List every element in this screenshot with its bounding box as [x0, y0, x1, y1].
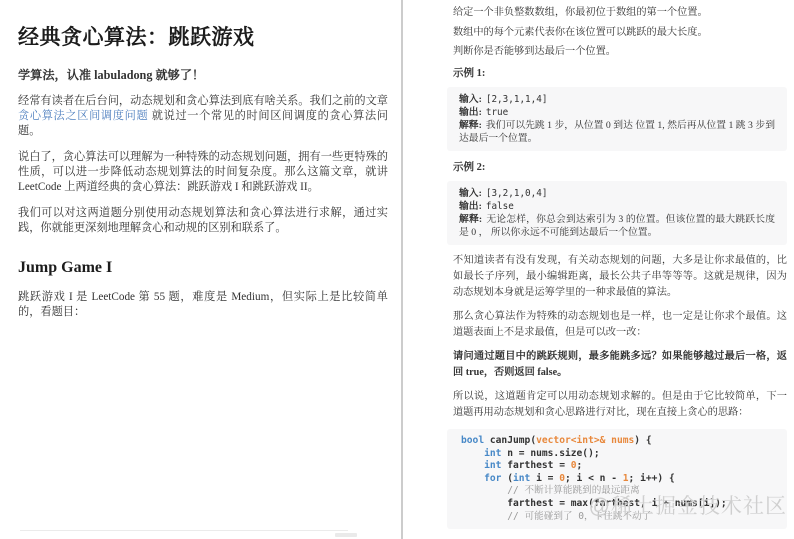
footer-mark [335, 533, 357, 537]
link-interval-scheduling[interactable]: 贪心算法之区间调度问题 [18, 110, 148, 122]
output-value: true [486, 107, 508, 118]
example-1-block: 输入:[2,3,1,1,4] 输出:true 解释:我们可以先跳 1 步，从位置… [447, 87, 787, 151]
cpp-code-block: bool canJump(vector<int>& nums) { int n … [447, 429, 787, 529]
input-value: [3,2,1,0,4] [486, 188, 548, 199]
input-value: [2,3,1,1,4] [486, 94, 548, 105]
problem-desc-3: 判断你是否能够到达最后一个位置。 [453, 45, 787, 59]
output-label: 输出: [459, 107, 482, 118]
para-intro-relation: 经常有读者在后台问，动态规划和贪心算法到底有啥关系。我们之前的文章 贪心算法之区… [18, 94, 388, 139]
para-greedy-max-value: 那么贪心算法作为特殊的动态规划也是一样，也一定是让你求个最值。这道题表面上不是求… [453, 309, 787, 341]
document-page: 经典贪心算法：跳跃游戏 学算法，认准 labuladong 就够了！ 经常有读者… [0, 0, 794, 539]
code-line: bool canJump(vector<int>& nums) { [461, 435, 781, 448]
para-text-before-link: 经常有读者在后台问，动态规划和贪心算法到底有啥关系。我们之前的文章 [18, 95, 388, 107]
explain-value: 我们可以先跳 1 步，从位置 0 到达 位置 1, 然后再从位置 1 跳 3 步… [459, 120, 775, 144]
example-1-label: 示例 1: [453, 67, 787, 81]
example-2-label: 示例 2: [453, 161, 787, 175]
problem-desc-2: 数组中的每个元素代表你在该位置可以跳跃的最大长度。 [453, 26, 787, 40]
example-2-block: 输入:[3,2,1,0,4] 输出:false 解释:无论怎样，你总会到达索引为… [447, 181, 787, 245]
para-two-problems: 我们可以对这两道题分别使用动态规划算法和贪心算法进行求解，通过实践，你就能更深刻… [18, 206, 388, 236]
example-2-explain: 解释:无论怎样，你总会到达索引为 3 的位置。但该位置的最大跳跃长度是 0 ， … [459, 213, 775, 239]
code-line: // 不断计算能跳到的最远距离 [461, 485, 781, 498]
slogan-line: 学算法，认准 labuladong 就够了！ [18, 68, 388, 83]
problem-desc-1: 给定一个非负整数数组，你最初位于数组的第一个位置。 [453, 6, 787, 20]
output-value: false [486, 201, 514, 212]
code-line: int n = nums.size(); [461, 448, 781, 461]
example-2-input: 输入:[3,2,1,0,4] [459, 187, 775, 200]
left-page: 经典贪心算法：跳跃游戏 学算法，认准 labuladong 就够了！ 经常有读者… [0, 0, 402, 539]
code-line: // 可能碰到了 0，卡住跳不动了 [461, 511, 781, 524]
para-question-bold: 请问通过题目中的跳跃规则，最多能跳多远？如果能够越过最后一格，返回 true，否… [453, 349, 787, 381]
section-heading-jump-game-1: Jump Game I [18, 258, 388, 278]
code-line: for (int i = 0; i < n - 1; i++) { [461, 473, 781, 486]
footer-divider [20, 530, 348, 531]
para-dp-max-value: 不知道读者有没有发现，有关动态规划的问题，大多是让你求最值的，比如最长子序列，最… [453, 253, 787, 301]
input-label: 输入: [459, 94, 482, 105]
example-2-output: 输出:false [459, 200, 775, 213]
explain-label: 解释: [459, 120, 482, 131]
para-greedy-special: 说白了，贪心算法可以理解为一种特殊的动态规划问题，拥有一些更特殊的性质，可以进一… [18, 150, 388, 195]
para-problem-55: 跳跃游戏 I 是 LeetCode 第 55 题，难度是 Medium，但实际上… [18, 290, 388, 320]
right-page: 给定一个非负整数数组，你最初位于数组的第一个位置。 数组中的每个元素代表你在该位… [403, 0, 794, 539]
article-title: 经典贪心算法：跳跃游戏 [18, 24, 388, 50]
explain-label: 解释: [459, 214, 482, 225]
explain-value: 无论怎样，你总会到达索引为 3 的位置。但该位置的最大跳跃长度是 0 ， 所以你… [459, 214, 775, 238]
input-label: 输入: [459, 188, 482, 199]
example-1-explain: 解释:我们可以先跳 1 步，从位置 0 到达 位置 1, 然后再从位置 1 跳 … [459, 119, 775, 145]
example-1-input: 输入:[2,3,1,1,4] [459, 93, 775, 106]
example-1-output: 输出:true [459, 106, 775, 119]
code-line: int farthest = 0; [461, 460, 781, 473]
para-solution-intro: 所以说，这道题肯定可以用动态规划求解的。但是由于它比较简单，下一道题再用动态规划… [453, 389, 787, 421]
output-label: 输出: [459, 201, 482, 212]
code-line: farthest = max(farthest, i + nums[i]); [461, 498, 781, 511]
